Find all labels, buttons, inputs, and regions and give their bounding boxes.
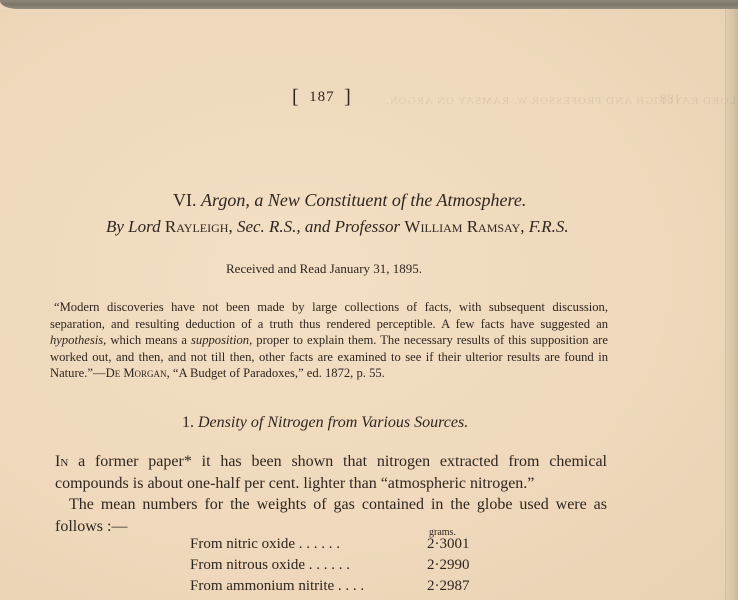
author-rayleigh: Rayleigh (165, 217, 229, 236)
table-row: From nitrous oxide . . . . . . 2·2990 (190, 557, 480, 577)
paragraph-2: The mean numbers for the weights of gas … (55, 494, 607, 537)
binding-edge-shadow (725, 9, 738, 600)
table-row: From nitric oxide . . . . . . 2·3001 (190, 536, 480, 556)
article-title: VI. Argon, a New Constituent of the Atmo… (173, 190, 526, 211)
body-text: In a former paper* it has been shown tha… (55, 451, 607, 537)
article-title-text: Argon, a New Constituent of the Atmosphe… (201, 190, 526, 210)
article-numeral: VI. (173, 190, 197, 210)
paragraph-1: In a former paper* it has been shown tha… (55, 451, 607, 494)
page-stack-edge (0, 0, 738, 9)
page-number: [ 187 ] (292, 86, 352, 109)
epigraph-attribution-name: De Morgan (106, 366, 167, 380)
section-heading: 1. Density of Nitrogen from Various Sour… (182, 414, 468, 432)
page-number-value: 187 (309, 89, 335, 105)
table-row: From ammonium nitrite . . . . 2·2987 (190, 578, 480, 598)
byline: By Lord Rayleigh, Sec. R.S., and Profess… (106, 217, 569, 237)
author-ramsay: William Ramsay (404, 217, 520, 236)
received-date: Received and Read January 31, 1895. (226, 261, 422, 277)
epigraph-attribution-source: , “A Budget of Paradoxes,” ed. 1872, p. … (167, 366, 385, 380)
epigraph: “Modern discoveries have not been made b… (50, 299, 608, 382)
